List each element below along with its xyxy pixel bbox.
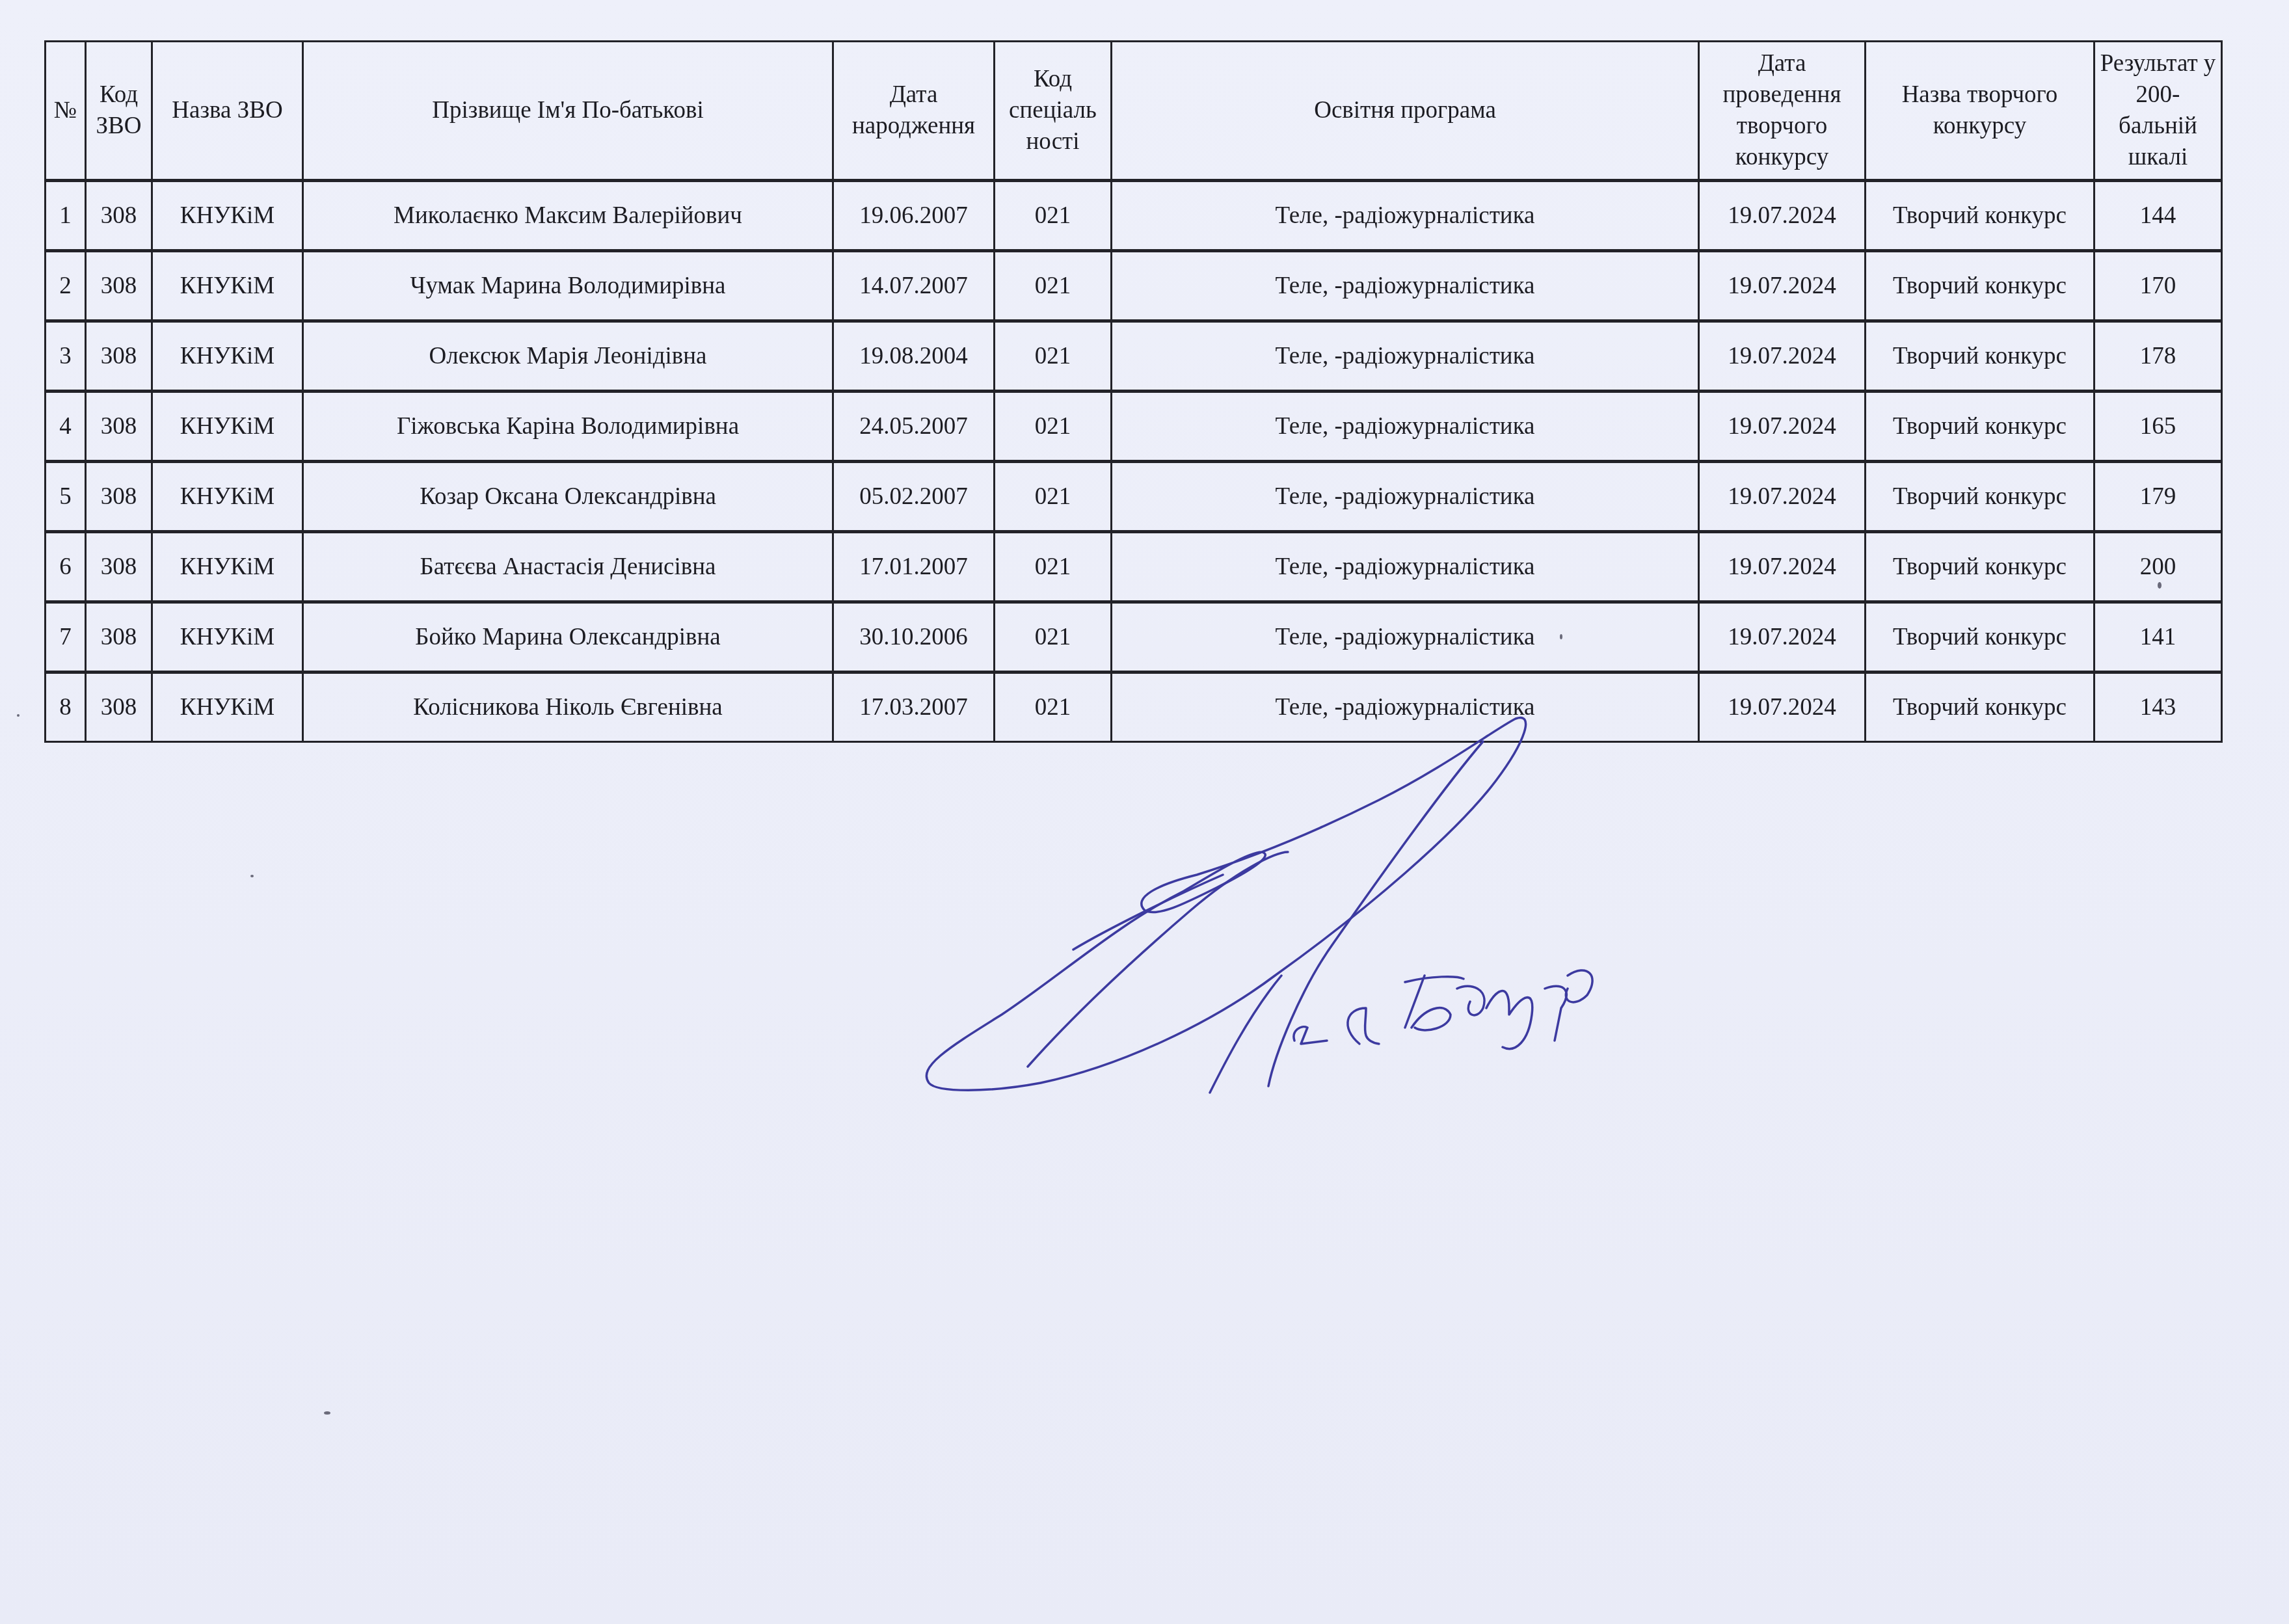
cell-score: 178 [2095, 321, 2222, 392]
col-header-full-name: Прізвище Ім'я По-батькові [303, 42, 833, 181]
cell-birth-date: 19.08.2004 [833, 321, 995, 392]
cell-contest-name: Творчий конкурс [1866, 251, 2095, 321]
table-row: 5308КНУКіМКозар Оксана Олександрівна05.0… [46, 462, 2222, 532]
cell-institution-name: КНУКіМ [152, 602, 303, 672]
cell-specialty-code: 021 [995, 462, 1112, 532]
cell-contest-date: 19.07.2024 [1699, 602, 1866, 672]
cell-specialty-code: 021 [995, 251, 1112, 321]
cell-institution-name: КНУКіМ [152, 321, 303, 392]
cell-score: 143 [2095, 672, 2222, 742]
handwritten-signature [911, 702, 1899, 1106]
cell-row-number: 6 [46, 532, 86, 602]
cell-program: Теле, -радіожурналістика [1112, 462, 1699, 532]
cell-specialty-code: 021 [995, 532, 1112, 602]
col-header-contest-date: Дата проведення творчого конкурсу [1699, 42, 1866, 181]
cell-contest-date: 19.07.2024 [1699, 321, 1866, 392]
cell-row-number: 3 [46, 321, 86, 392]
table-row: 7308КНУКіМБойко Марина Олександрівна30.1… [46, 602, 2222, 672]
cell-contest-name: Творчий конкурс [1866, 602, 2095, 672]
scan-speck [17, 714, 20, 717]
table-row: 1308КНУКіММиколаєнко Максим Валерійович1… [46, 181, 2222, 251]
cell-full-name: Колісникова Ніколь Євгенівна [303, 672, 833, 742]
cell-contest-name: Творчий конкурс [1866, 321, 2095, 392]
scan-speck [250, 875, 254, 877]
col-header-institution-name: Назва ЗВО [152, 42, 303, 181]
cell-specialty-code: 021 [995, 321, 1112, 392]
cell-institution-code: 308 [86, 532, 152, 602]
cell-birth-date: 24.05.2007 [833, 392, 995, 462]
cell-institution-code: 308 [86, 462, 152, 532]
cell-institution-name: КНУКіМ [152, 532, 303, 602]
cell-row-number: 8 [46, 672, 86, 742]
cell-birth-date: 14.07.2007 [833, 251, 995, 321]
cell-contest-name: Творчий конкурс [1866, 181, 2095, 251]
cell-specialty-code: 021 [995, 392, 1112, 462]
cell-full-name: Олексюк Марія Леонідівна [303, 321, 833, 392]
cell-score: 144 [2095, 181, 2222, 251]
table-row: 4308КНУКіМГіжовська Каріна Володимирівна… [46, 392, 2222, 462]
cell-score: 165 [2095, 392, 2222, 462]
scanned-page: № Код ЗВО Назва ЗВО Прізвище Ім'я По-бат… [0, 0, 2289, 1624]
cell-score: 141 [2095, 602, 2222, 672]
col-header-birth-date: Дата народження [833, 42, 995, 181]
cell-contest-date: 19.07.2024 [1699, 181, 1866, 251]
cell-contest-name: Творчий конкурс [1866, 672, 2095, 742]
col-header-contest-name: Назва творчого конкурсу [1866, 42, 2095, 181]
cell-row-number: 2 [46, 251, 86, 321]
cell-contest-date: 19.07.2024 [1699, 392, 1866, 462]
cell-institution-name: КНУКіМ [152, 672, 303, 742]
cell-institution-name: КНУКіМ [152, 251, 303, 321]
cell-full-name: Батєєва Анастасія Денисівна [303, 532, 833, 602]
cell-program: Теле, -радіожурналістика [1112, 392, 1699, 462]
cell-program: Теле, -радіожурналістика [1112, 251, 1699, 321]
cell-full-name: Чумак Марина Володимирівна [303, 251, 833, 321]
cell-institution-code: 308 [86, 181, 152, 251]
cell-institution-code: 308 [86, 602, 152, 672]
cell-program: Теле, -радіожурналістика [1112, 602, 1699, 672]
cell-contest-name: Творчий конкурс [1866, 532, 2095, 602]
scan-speck [2158, 582, 2162, 589]
cell-contest-date: 19.07.2024 [1699, 532, 1866, 602]
cell-specialty-code: 021 [995, 181, 1112, 251]
cell-full-name: Гіжовська Каріна Володимирівна [303, 392, 833, 462]
cell-contest-date: 19.07.2024 [1699, 251, 1866, 321]
cell-full-name: Миколаєнко Максим Валерійович [303, 181, 833, 251]
cell-institution-name: КНУКіМ [152, 181, 303, 251]
cell-contest-name: Творчий конкурс [1866, 462, 2095, 532]
cell-institution-code: 308 [86, 251, 152, 321]
cell-row-number: 7 [46, 602, 86, 672]
cell-institution-code: 308 [86, 392, 152, 462]
table-row: 3308КНУКіМОлексюк Марія Леонідівна19.08.… [46, 321, 2222, 392]
header-row: № Код ЗВО Назва ЗВО Прізвище Ім'я По-бат… [46, 42, 2222, 181]
results-table: № Код ЗВО Назва ЗВО Прізвище Ім'я По-бат… [44, 40, 2223, 743]
cell-row-number: 5 [46, 462, 86, 532]
cell-birth-date: 17.01.2007 [833, 532, 995, 602]
col-header-number: № [46, 42, 86, 181]
col-header-score: Результат у 200-бальній шкалі [2095, 42, 2222, 181]
cell-birth-date: 19.06.2007 [833, 181, 995, 251]
cell-program: Теле, -радіожурналістика [1112, 321, 1699, 392]
cell-score: 200 [2095, 532, 2222, 602]
cell-program: Теле, -радіожурналістика [1112, 181, 1699, 251]
col-header-specialty-code: Код спеціаль ності [995, 42, 1112, 181]
col-header-institution-code: Код ЗВО [86, 42, 152, 181]
cell-row-number: 1 [46, 181, 86, 251]
cell-score: 179 [2095, 462, 2222, 532]
cell-specialty-code: 021 [995, 602, 1112, 672]
table-row: 6308КНУКіМБатєєва Анастасія Денисівна17.… [46, 532, 2222, 602]
cell-institution-code: 308 [86, 672, 152, 742]
cell-program: Теле, -радіожурналістика [1112, 532, 1699, 602]
cell-institution-code: 308 [86, 321, 152, 392]
cell-institution-name: КНУКіМ [152, 392, 303, 462]
table-row: 2308КНУКіМЧумак Марина Володимирівна14.0… [46, 251, 2222, 321]
cell-full-name: Бойко Марина Олександрівна [303, 602, 833, 672]
cell-score: 170 [2095, 251, 2222, 321]
cell-contest-date: 19.07.2024 [1699, 462, 1866, 532]
col-header-program: Освітня програма [1112, 42, 1699, 181]
cell-institution-name: КНУКіМ [152, 462, 303, 532]
scan-speck [324, 1411, 330, 1415]
cell-row-number: 4 [46, 392, 86, 462]
cell-birth-date: 05.02.2007 [833, 462, 995, 532]
scan-speck [1560, 634, 1562, 639]
cell-full-name: Козар Оксана Олександрівна [303, 462, 833, 532]
cell-contest-name: Творчий конкурс [1866, 392, 2095, 462]
cell-birth-date: 30.10.2006 [833, 602, 995, 672]
